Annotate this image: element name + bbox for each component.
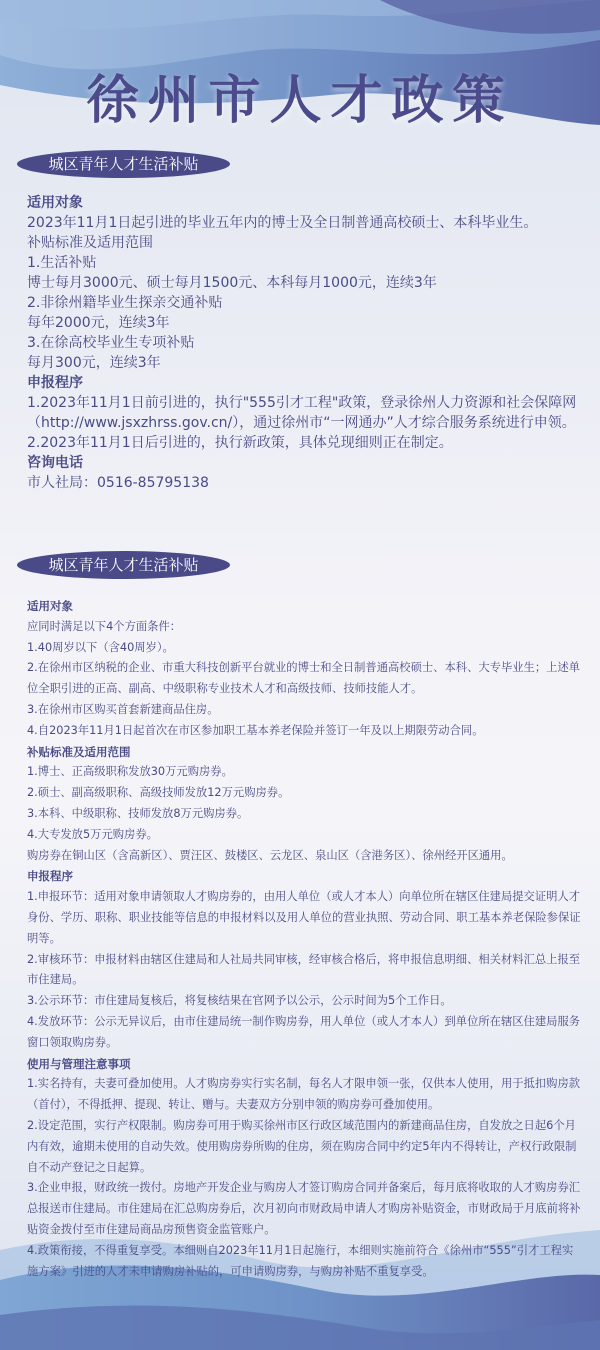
section1-badge: 城区青年人才生活补贴 xyxy=(17,150,230,178)
section1-item-detail: 每年2000元，连续3年 xyxy=(27,313,587,333)
section2-note: 2.设定范围，实行产权限制。购房券可用于购买徐州市区行政区域范围内的新建商品住房… xyxy=(27,1116,583,1178)
section2-eligibility-item: 2.在徐州市区纳税的企业、市重大科技创新平台就业的博士和全日制普通高校硕士、本科… xyxy=(27,658,583,700)
section2-scope: 购房券在铜山区（含高新区）、贾汪区、鼓楼区、云龙区、泉山区（含港务区）、徐州经开… xyxy=(27,846,583,867)
section1-item-detail: 每月300元，连续3年 xyxy=(27,353,587,373)
section2-eligibility-heading: 适用对象 xyxy=(27,596,583,617)
section2-eligibility-item: 4.自2023年11月1日起首次在市区参加职工基本养老保险并签订一年及以上期限劳… xyxy=(27,721,583,742)
section2-standard-item: 4.大专发放5万元购房券。 xyxy=(27,825,583,846)
section2-standard-item: 2.硕士、副高级职称、高级技师发放12万元购房券。 xyxy=(27,783,583,804)
section2-note: 3.企业申报，财政统一拨付。房地产开发企业与购房人才签订购房合同并备案后，每月底… xyxy=(27,1178,583,1240)
section1-eligibility-heading: 适用对象 xyxy=(27,193,587,213)
section2-note: 4.政策衔接，不得重复享受。本细则自2023年11月1日起施行，本细则实施前符合… xyxy=(27,1241,583,1283)
section1-item-detail: 博士每月3000元、硕士每月1500元、本科每月1000元，连续3年 xyxy=(27,273,587,293)
section2-eligibility-intro: 应同时满足以下4个方面条件： xyxy=(27,617,583,638)
section2-note: 1.实名持有，夫妻可叠加使用。人才购房券实行实名制，每名人才限申领一张，仅供本人… xyxy=(27,1074,583,1116)
section2-procedure-step: 3.公示环节：市住建局复核后，将复核结果在官网予以公示，公示时间为5个工作日。 xyxy=(27,991,583,1012)
section1-procedure-heading: 申报程序 xyxy=(27,373,587,393)
section2-notes-heading: 使用与管理注意事项 xyxy=(27,1054,583,1075)
section2-procedure-step: 2.审核环节：申报材料由辖区住建局和人社局共同审核，经审核合格后，将申报信息明细… xyxy=(27,950,583,992)
section2-eligibility-item: 1.40周岁以下（含40周岁）。 xyxy=(27,638,583,659)
section1-standard-heading: 补贴标准及适用范围 xyxy=(27,233,587,253)
section2-badge: 城区青年人才生活补贴 xyxy=(17,551,230,579)
section1-contact-heading: 咨询电话 xyxy=(27,453,587,473)
section1-eligibility-text: 2023年11月1日起引进的毕业五年内的博士及全日制普通高校硕士、本科毕业生。 xyxy=(27,213,587,233)
section2-procedure-step: 4.发放环节：公示无异议后，由市住建局统一制作购房券，用人单位（或人才本人）到单… xyxy=(27,1012,583,1054)
section1-content: 适用对象 2023年11月1日起引进的毕业五年内的博士及全日制普通高校硕士、本科… xyxy=(27,193,587,493)
section1-procedure-step: 2.2023年11月1日后引进的，执行新政策，具体兑现细则正在制定。 xyxy=(27,433,587,453)
section2-procedure-step: 1.申报环节：适用对象申请领取人才购房券的，由用人单位（或人才本人）向单位所在辖… xyxy=(27,887,583,949)
page-title: 徐州市人才政策 xyxy=(0,58,600,133)
section1-procedure-step: 1.2023年11月1日前引进的，执行"555引才工程"政策，登录徐州人力资源和… xyxy=(27,393,587,433)
section2-standard-heading: 补贴标准及适用范围 xyxy=(27,742,583,763)
section1-item-label: 1.生活补贴 xyxy=(27,253,587,273)
section1-item-label: 2.非徐州籍毕业生探亲交通补贴 xyxy=(27,293,587,313)
section2-standard-item: 3.本科、中级职称、技师发放8万元购房券。 xyxy=(27,804,583,825)
section2-content: 适用对象 应同时满足以下4个方面条件： 1.40周岁以下（含40周岁）。 2.在… xyxy=(27,596,583,1282)
section1-contact-phone: 市人社局：0516-85795138 xyxy=(27,473,587,493)
section2-eligibility-item: 3.在徐州市区购买首套新建商品住房。 xyxy=(27,700,583,721)
section2-standard-item: 1.博士、正高级职称发放30万元购房券。 xyxy=(27,762,583,783)
section2-procedure-heading: 申报程序 xyxy=(27,866,583,887)
section1-item-label: 3.在徐高校毕业生专项补贴 xyxy=(27,333,587,353)
